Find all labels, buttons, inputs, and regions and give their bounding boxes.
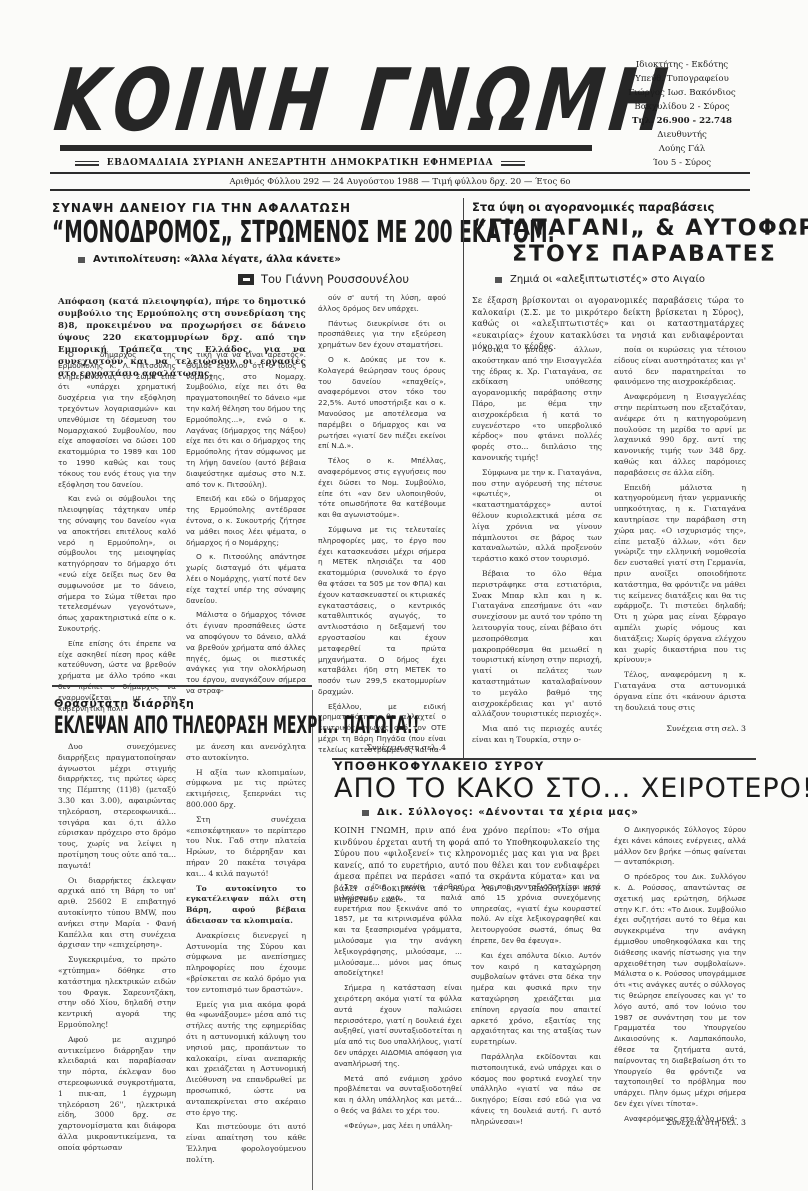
- paragraph: Επειδή και εδώ ο δήμαρχος της Ερμούπολης…: [186, 494, 306, 548]
- column-divider: [312, 690, 313, 1190]
- paragraph: Ανακρίσεις διενεργεί η Αστυνομία της Σύρ…: [186, 931, 306, 996]
- bullet-icon: [362, 810, 369, 816]
- paragraph: Μια από τις περιοχές αυτές είναι και η Τ…: [472, 724, 602, 746]
- article-lead: Σε έξαρση βρίσκονται οι αγορανομικές παρ…: [472, 295, 744, 353]
- article-column-1: Αυτά, μεταξύ άλλων, ακούστηκαν από την Ε…: [472, 345, 602, 750]
- byline-text: Του Γιάννη Ρουσσουνέλου: [261, 272, 409, 286]
- publisher-imprint: Ιδιοκτήτης - Εκδότης Υπεύθ. Τυπογραφείου…: [614, 58, 750, 170]
- paragraph: Μετά από ενάμιση χρόνο προβλέπεται να συ…: [334, 1074, 462, 1117]
- article-column-1: Δυο συνεχόμενες διαρρήξεις πραγματοποίησ…: [58, 742, 176, 1157]
- column-divider: [463, 198, 464, 758]
- paragraph: Εμείς για μια ακόμα φορά θα «φωνάξουμε» …: [186, 1000, 306, 1119]
- article-kicker: ΥΠΟΘΗΚΟΦΥΛΑΚΕΙΟ ΣΥΡΟΥ: [334, 759, 545, 773]
- article-column-2: τική για να είναι αρεστός». Θύμισε εξάλλ…: [186, 350, 306, 701]
- paragraph: Στο ίδιο εκείνο άρθρο μιλούσαμε για τα π…: [334, 882, 462, 979]
- imprint-line: Βακχυλίδου 2 - Σύρος: [614, 100, 750, 114]
- paragraph: Συγκεκριμένα, το πρώτο «χτύπημα» δόθηκε …: [58, 955, 176, 1031]
- article-column-1: Στο ίδιο εκείνο άρθρο μιλούσαμε για τα π…: [334, 882, 462, 1136]
- masthead-underline: [60, 145, 592, 151]
- paragraph: Παράλληλα εκδίδονται και πιστοποιητικά, …: [471, 1052, 601, 1128]
- paragraph: Βέβαια το όλο θέμα περιστράφηκε στα εστι…: [472, 569, 602, 720]
- article-headline-line-2: ΣΤΟΥΣ ΠΑΡΑΒΑΤΕΣ: [512, 242, 777, 268]
- paragraph: Τέλος, αναφερόμενη η κ. Γιαταγάνα στα ασ…: [614, 670, 746, 713]
- subhead-text: Ζημιά οι «αλεξιπτωτιστές» στο Αιγαίο: [510, 274, 705, 285]
- section-divider: [52, 685, 312, 687]
- paragraph: Η αξία των κλοπιμαίων, σύμφωνα με τις πρ…: [186, 768, 306, 811]
- issue-rule-bottom: [50, 189, 750, 191]
- issue-rule-top: [50, 172, 750, 174]
- article-column-1: Ο δήμαρχος της Ερμούπολης κ. Λ. Πιτσούλη…: [58, 350, 176, 718]
- subhead-text: Αντιπολίτευση: «Άλλα λέγατε, άλλα κάνετε…: [93, 254, 341, 265]
- paragraph: Και έχει απόλυτα δίκιο. Αυτόν τον καιρό …: [471, 951, 601, 1048]
- paragraph: με άνεση και ανενόχλητα στο αυτοκίνητο.: [186, 742, 306, 764]
- article-subhead: Δικ. Σύλλογος: «Δένονται τα χέρια μας»: [362, 807, 639, 818]
- article-kicker: Στα ύψη οι αγορανομικές παραβάσεις: [472, 200, 714, 214]
- continuation-note[interactable]: Συνέχεια στη σελ. 3: [614, 1118, 746, 1127]
- article-column-3: ούν σ' αυτή τη λύση, αφού άλλος δρόμος δ…: [318, 293, 446, 760]
- tagline: ΕΒΔΟΜΑΔΙΑΙΑ ΣΥΡΙΑΝΗ ΑΝΕΞΑΡΤΗΤΗ ΔΗΜΟΚΡΑΤΙ…: [50, 155, 550, 171]
- imprint-line: Λούης Γάλ: [614, 142, 750, 156]
- paragraph: Και πιστεύουμε ότι αυτό είναι απαίτηση τ…: [186, 1122, 306, 1165]
- paragraph: Το αυτοκίνητο το εγκατέλειψαν πάλι στη Β…: [186, 884, 306, 927]
- paragraph: Τέλος ο κ. Μπέλλας, αναφερόμενος στις εγ…: [318, 456, 446, 521]
- paragraph: «Φεύγω», μας λέει η υπάλλη-: [334, 1121, 462, 1132]
- paragraph: ούν σ' αυτή τη λύση, αφού άλλος δρόμος δ…: [318, 293, 446, 315]
- bullet-icon: [495, 277, 502, 283]
- article-column-3: Ο Δικηγορικός Σύλλογος Σύρου έχει κάνει …: [614, 825, 746, 1129]
- paragraph: Στη συνέχεια «επισκέφτηκαν» το περίπτερο…: [186, 815, 306, 880]
- article-headline: ΕΚΛΕΨΑΝ ΑΠΟ ΤΗΛΕΟΡΑΣΗ ΜΕΧΡΙ... ΠΑΓΩΤΑ!!: [54, 712, 419, 738]
- imprint-line: Διευθυντής: [614, 128, 750, 142]
- byline: Του Γιάννη Ρουσσουνέλου: [238, 272, 409, 286]
- issue-info: Αριθμός Φύλλου 292 — 24 Αυγούστου 1988 —…: [50, 176, 750, 188]
- paragraph: Ο πρόεδρος του Δικ. Συλλόγου κ. Δ. Ρούσσ…: [614, 872, 746, 1110]
- newspaper-title: ΚΟΙΝΗ ΓΝΩΜΗ: [51, 58, 497, 144]
- paragraph: τική για να είναι αρεστός». Θύμισε εξάλλ…: [186, 350, 306, 490]
- paragraph: Ο κ. Πιτσούλης απάντησε χωρίς δισταγμό ό…: [186, 552, 306, 606]
- paragraph: Και ενώ οι σύμβουλοι της πλειοψηφίας τάχ…: [58, 494, 176, 634]
- paragraph: ποία οι κυρώσεις για τέτοιου είδους είνα…: [614, 345, 746, 388]
- imprint-line: Υπεύθ. Τυπογραφείου: [614, 72, 750, 86]
- imprint-line: Ίου 5 - Σύρος: [614, 156, 750, 170]
- paragraph: Σύμφωνα με την κ. Γιαταγάνα, που στην αγ…: [472, 468, 602, 565]
- paragraph: Ο δήμαρχος της Ερμούπολης κ. Λ. Πιτσούλη…: [58, 350, 176, 490]
- tagline-ornament-left: [75, 161, 99, 166]
- paragraph: Πάντως διευκρίνισε ότι οι προσπάθειες γι…: [318, 319, 446, 351]
- imprint-line: Τηλ. 26.900 - 22.748: [614, 114, 750, 128]
- article-kicker: ΣΥΝΑΨΗ ΔΑΝΕΙΟΥ ΓΙΑ ΤΗΝ ΑΦΑΛΑΤΩΣΗ: [52, 201, 351, 215]
- paragraph: Σύμφωνα με τις τελευταίες πληροφορίες μα…: [318, 525, 446, 698]
- bullet-icon: [78, 257, 85, 263]
- imprint-line: Γιώργος Ιωσ. Βακόνδιος: [614, 86, 750, 100]
- article-column-2: με άνεση και ανενόχλητα στο αυτοκίνητο. …: [186, 742, 306, 1169]
- paragraph: λος που συνταξιοδοτείται μετά από 15 χρό…: [471, 882, 601, 947]
- paragraph: Αφού με αιχμηρό αντικείμενο διάρρηξαν τη…: [58, 1035, 176, 1154]
- paragraph: Αναφερόμενη η Εισαγγελέας στην περίπτωση…: [614, 392, 746, 478]
- imprint-line: Ιδιοκτήτης - Εκδότης: [614, 58, 750, 72]
- paragraph: Σήμερα η κατάσταση είναι χειρότερη ακόμα…: [334, 983, 462, 1069]
- continuation-note[interactable]: Συνέχεια στη σελ. 4: [318, 743, 446, 752]
- article-subhead: Αντιπολίτευση: «Άλλα λέγατε, άλλα κάνετε…: [78, 254, 341, 265]
- paragraph: Ο Δικηγορικός Σύλλογος Σύρου έχει κάνει …: [614, 825, 746, 868]
- article-headline: ΑΠΟ ΤΟ ΚΑΚΟ ΣΤΟ... ΧΕΙΡΟΤΕΡΟ!: [334, 774, 808, 804]
- tagline-ornament-right: [501, 161, 525, 166]
- tagline-text: ΕΒΔΟΜΑΔΙΑΙΑ ΣΥΡΙΑΝΗ ΑΝΕΞΑΡΤΗΤΗ ΔΗΜΟΚΡΑΤΙ…: [107, 158, 493, 168]
- paragraph: Οι διαρρήκτες έκλεψαν αρχικά από τη Βάρη…: [58, 876, 176, 952]
- article-kicker: Θρασύτατη διάρρηξη: [54, 697, 194, 710]
- paragraph: Δυο συνεχόμενες διαρρήξεις πραγματοποίησ…: [58, 742, 176, 872]
- continuation-note[interactable]: Συνέχεια στη σελ. 3: [614, 724, 746, 733]
- article-column-2: λος που συνταξιοδοτείται μετά από 15 χρό…: [471, 882, 601, 1132]
- article-subhead: Ζημιά οι «αλεξιπτωτιστές» στο Αιγαίο: [495, 274, 705, 285]
- subhead-text: Δικ. Σύλλογος: «Δένονται τα χέρια μας»: [377, 807, 639, 818]
- paragraph: Αυτά, μεταξύ άλλων, ακούστηκαν από την Ε…: [472, 345, 602, 464]
- author-box-icon: [238, 274, 254, 285]
- paragraph: Ο κ. Δούκας με τον κ. Κολαγερά θεώρησαν …: [318, 355, 446, 452]
- paragraph: Επειδή μάλιστα η κατηγορούμενη ήταν γερμ…: [614, 483, 746, 667]
- paragraph: Μάλιστα ο δήμαρχος τόνισε ότι έγιναν προ…: [186, 610, 306, 696]
- article-column-2: ποία οι κυρώσεις για τέτοιου είδους είνα…: [614, 345, 746, 717]
- article-headline: “ΓΙΑΤΑΓΑΝΙ„ & ΑΥΤΟΦΩΡΟ: [472, 216, 808, 242]
